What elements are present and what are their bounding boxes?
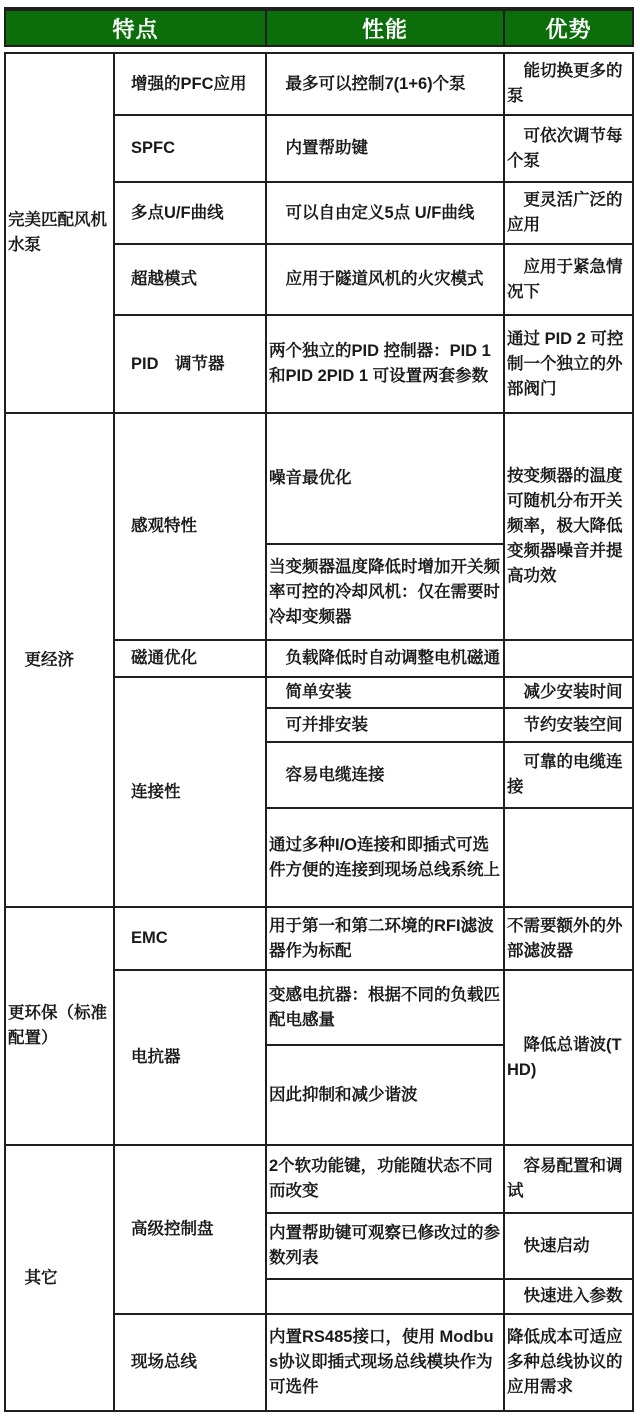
page: 特点性能优势 完美匹配风机水泵增强的PFC应用 最多可以控制7(1+6)个泵 能…	[0, 0, 640, 1426]
feature-cell: 现场总线	[115, 1315, 267, 1412]
feature-cell: PID 调节器	[115, 316, 267, 414]
feature-cell-text: PID 调节器	[131, 352, 261, 377]
table-header-row: 特点性能优势	[4, 7, 634, 47]
performance-cell: 可并排安装	[267, 709, 505, 743]
performance-cell-text: 内置RS485接口，使用 Modbus协议即插式现场总线模块作为可选件	[269, 1325, 501, 1400]
feature-cell: 感观特性	[115, 414, 267, 641]
performance-cell: 通过多种I/O连接和即插式可选件方便的连接到现场总线系统上	[267, 809, 505, 908]
group-cell-text: 更环保（标准配置）	[8, 1001, 111, 1051]
performance-cell: 噪音最优化	[267, 414, 505, 545]
feature-cell: EMC	[115, 908, 267, 971]
feature-cell-text: 感观特性	[131, 514, 261, 539]
advantage-cell: 降低成本可适应多种总线协议的应用需求	[505, 1315, 634, 1412]
advantage-cell-text: 更灵活广泛的应用	[507, 188, 630, 238]
advantage-cell: 容易配置和调试	[505, 1146, 634, 1214]
performance-cell: 变感电抗器：根据不同的负载匹配电感量	[267, 971, 505, 1046]
advantage-cell: 可依次调节每个泵	[505, 116, 634, 183]
feature-cell: 连接性	[115, 678, 267, 908]
performance-cell: 负载降低时自动调整电机磁通	[267, 641, 505, 678]
performance-cell-text: 变感电抗器：根据不同的负载匹配电感量	[269, 983, 501, 1033]
performance-cell: 2个软功能键，功能随状态不同而改变	[267, 1146, 505, 1214]
feature-cell-text: 电抗器	[131, 1045, 261, 1070]
performance-cell-text: 可以自由定义5点 U/F曲线	[269, 201, 501, 226]
performance-cell: 可以自由定义5点 U/F曲线	[267, 183, 505, 245]
advantage-cell-text: 按变频器的温度可随机分布开关频率，极大降低变频器噪音并提高功效	[507, 464, 630, 589]
performance-cell-text: 2个软功能键，功能随状态不同而改变	[269, 1154, 501, 1204]
spec-table: 完美匹配风机水泵增强的PFC应用 最多可以控制7(1+6)个泵 能切换更多的泵S…	[4, 52, 634, 1412]
header-label: 优势	[545, 13, 591, 44]
performance-cell-text: 两个独立的PID 控制器：PID 1 和PID 2PID 1 可设置两套参数	[269, 339, 501, 389]
header-label: 性能	[362, 13, 408, 44]
advantage-cell: 能切换更多的泵	[505, 54, 634, 116]
group-cell-text: 完美匹配风机水泵	[8, 208, 111, 258]
performance-cell: 内置帮助键	[267, 116, 505, 183]
advantage-cell: 快速启动	[505, 1214, 634, 1280]
feature-cell-text: EMC	[131, 926, 261, 951]
group-cell-text: 更经济	[8, 648, 111, 673]
group-cell: 更经济	[6, 414, 115, 908]
feature-cell-text: 增强的PFC应用	[131, 72, 261, 97]
feature-cell-text: 现场总线	[131, 1350, 261, 1375]
header-label: 特点	[112, 13, 158, 44]
feature-cell-text: SPFC	[131, 136, 261, 161]
performance-cell	[267, 1280, 505, 1315]
advantage-cell-text: 快速进入参数	[507, 1284, 630, 1309]
performance-cell: 容易电缆连接	[267, 743, 505, 809]
performance-cell-text: 最多可以控制7(1+6)个泵	[269, 72, 501, 97]
performance-cell-text: 因此抑制和减少谐波	[269, 1083, 501, 1108]
group-cell: 完美匹配风机水泵	[6, 54, 115, 414]
performance-cell: 内置RS485接口，使用 Modbus协议即插式现场总线模块作为可选件	[267, 1315, 505, 1412]
performance-cell-text: 噪音最优化	[269, 466, 501, 491]
advantage-cell-text: 快速启动	[507, 1234, 630, 1259]
performance-cell-text: 内置帮助键可观察已修改过的参数列表	[269, 1221, 501, 1271]
performance-cell: 简单安装	[267, 678, 505, 709]
advantage-cell	[505, 809, 634, 908]
advantage-cell: 节约安装空间	[505, 709, 634, 743]
header-cell-advantage: 优势	[505, 11, 634, 47]
advantage-cell: 按变频器的温度可随机分布开关频率，极大降低变频器噪音并提高功效	[505, 414, 634, 641]
performance-cell: 因此抑制和减少谐波	[267, 1046, 505, 1146]
header-cell-performance: 性能	[267, 11, 505, 47]
feature-cell: 增强的PFC应用	[115, 54, 267, 116]
advantage-cell: 减少安装时间	[505, 678, 634, 709]
feature-cell: 多点U/F曲线	[115, 183, 267, 245]
advantage-cell-text: 降低总谐波(THD)	[507, 1033, 630, 1083]
advantage-cell: 快速进入参数	[505, 1280, 634, 1315]
performance-cell-text: 通过多种I/O连接和即插式可选件方便的连接到现场总线系统上	[269, 833, 501, 883]
advantage-cell: 不需要额外的外部滤波器	[505, 908, 634, 971]
performance-cell-text: 容易电缆连接	[269, 763, 501, 788]
feature-cell: 超越模式	[115, 245, 267, 316]
feature-cell: 磁通优化	[115, 641, 267, 678]
group-cell-text: 其它	[8, 1266, 111, 1291]
performance-cell: 内置帮助键可观察已修改过的参数列表	[267, 1214, 505, 1280]
performance-cell-text: 当变频器温度降低时增加开关频率可控的冷却风机：仅在需要时冷却变频器	[269, 555, 501, 630]
advantage-cell-text: 可靠的电缆连接	[507, 750, 630, 800]
advantage-cell-text: 应用于紧急情况下	[507, 255, 630, 305]
advantage-cell: 可靠的电缆连接	[505, 743, 634, 809]
group-cell: 其它	[6, 1146, 115, 1412]
feature-cell-text: 多点U/F曲线	[131, 201, 261, 226]
header-cell-features: 特点	[6, 11, 267, 47]
feature-cell: 电抗器	[115, 971, 267, 1146]
performance-cell: 两个独立的PID 控制器：PID 1 和PID 2PID 1 可设置两套参数	[267, 316, 505, 414]
advantage-cell: 更灵活广泛的应用	[505, 183, 634, 245]
advantage-cell-text: 可依次调节每个泵	[507, 124, 630, 174]
performance-cell-text: 简单安装	[269, 680, 501, 705]
advantage-cell-text: 能切换更多的泵	[507, 59, 630, 109]
advantage-cell-text: 通过 PID 2 可控制一个独立的外部阀门	[507, 327, 630, 402]
advantage-cell-text: 节约安装空间	[507, 713, 630, 738]
performance-cell: 应用于隧道风机的火灾模式	[267, 245, 505, 316]
advantage-cell-text: 容易配置和调试	[507, 1154, 630, 1204]
performance-cell: 最多可以控制7(1+6)个泵	[267, 54, 505, 116]
advantage-cell-text: 减少安装时间	[507, 680, 630, 705]
feature-cell-text: 磁通优化	[131, 646, 261, 671]
advantage-cell: 降低总谐波(THD)	[505, 971, 634, 1146]
advantage-cell: 应用于紧急情况下	[505, 245, 634, 316]
performance-cell: 用于第一和第二环境的RFI滤波器作为标配	[267, 908, 505, 971]
advantage-cell	[505, 641, 634, 678]
group-cell: 更环保（标准配置）	[6, 908, 115, 1146]
performance-cell-text: 内置帮助键	[269, 136, 501, 161]
performance-cell-text: 应用于隧道风机的火灾模式	[269, 267, 501, 292]
feature-cell-text: 高级控制盘	[131, 1217, 261, 1242]
advantage-cell-text: 降低成本可适应多种总线协议的应用需求	[507, 1325, 630, 1400]
advantage-cell: 通过 PID 2 可控制一个独立的外部阀门	[505, 316, 634, 414]
feature-cell-text: 超越模式	[131, 267, 261, 292]
feature-cell: 高级控制盘	[115, 1146, 267, 1315]
feature-cell: SPFC	[115, 116, 267, 183]
performance-cell-text: 用于第一和第二环境的RFI滤波器作为标配	[269, 914, 501, 964]
performance-cell-text: 负载降低时自动调整电机磁通	[269, 646, 501, 671]
feature-cell-text: 连接性	[131, 780, 261, 805]
advantage-cell-text: 不需要额外的外部滤波器	[507, 914, 630, 964]
performance-cell: 当变频器温度降低时增加开关频率可控的冷却风机：仅在需要时冷却变频器	[267, 545, 505, 641]
performance-cell-text: 可并排安装	[269, 713, 501, 738]
